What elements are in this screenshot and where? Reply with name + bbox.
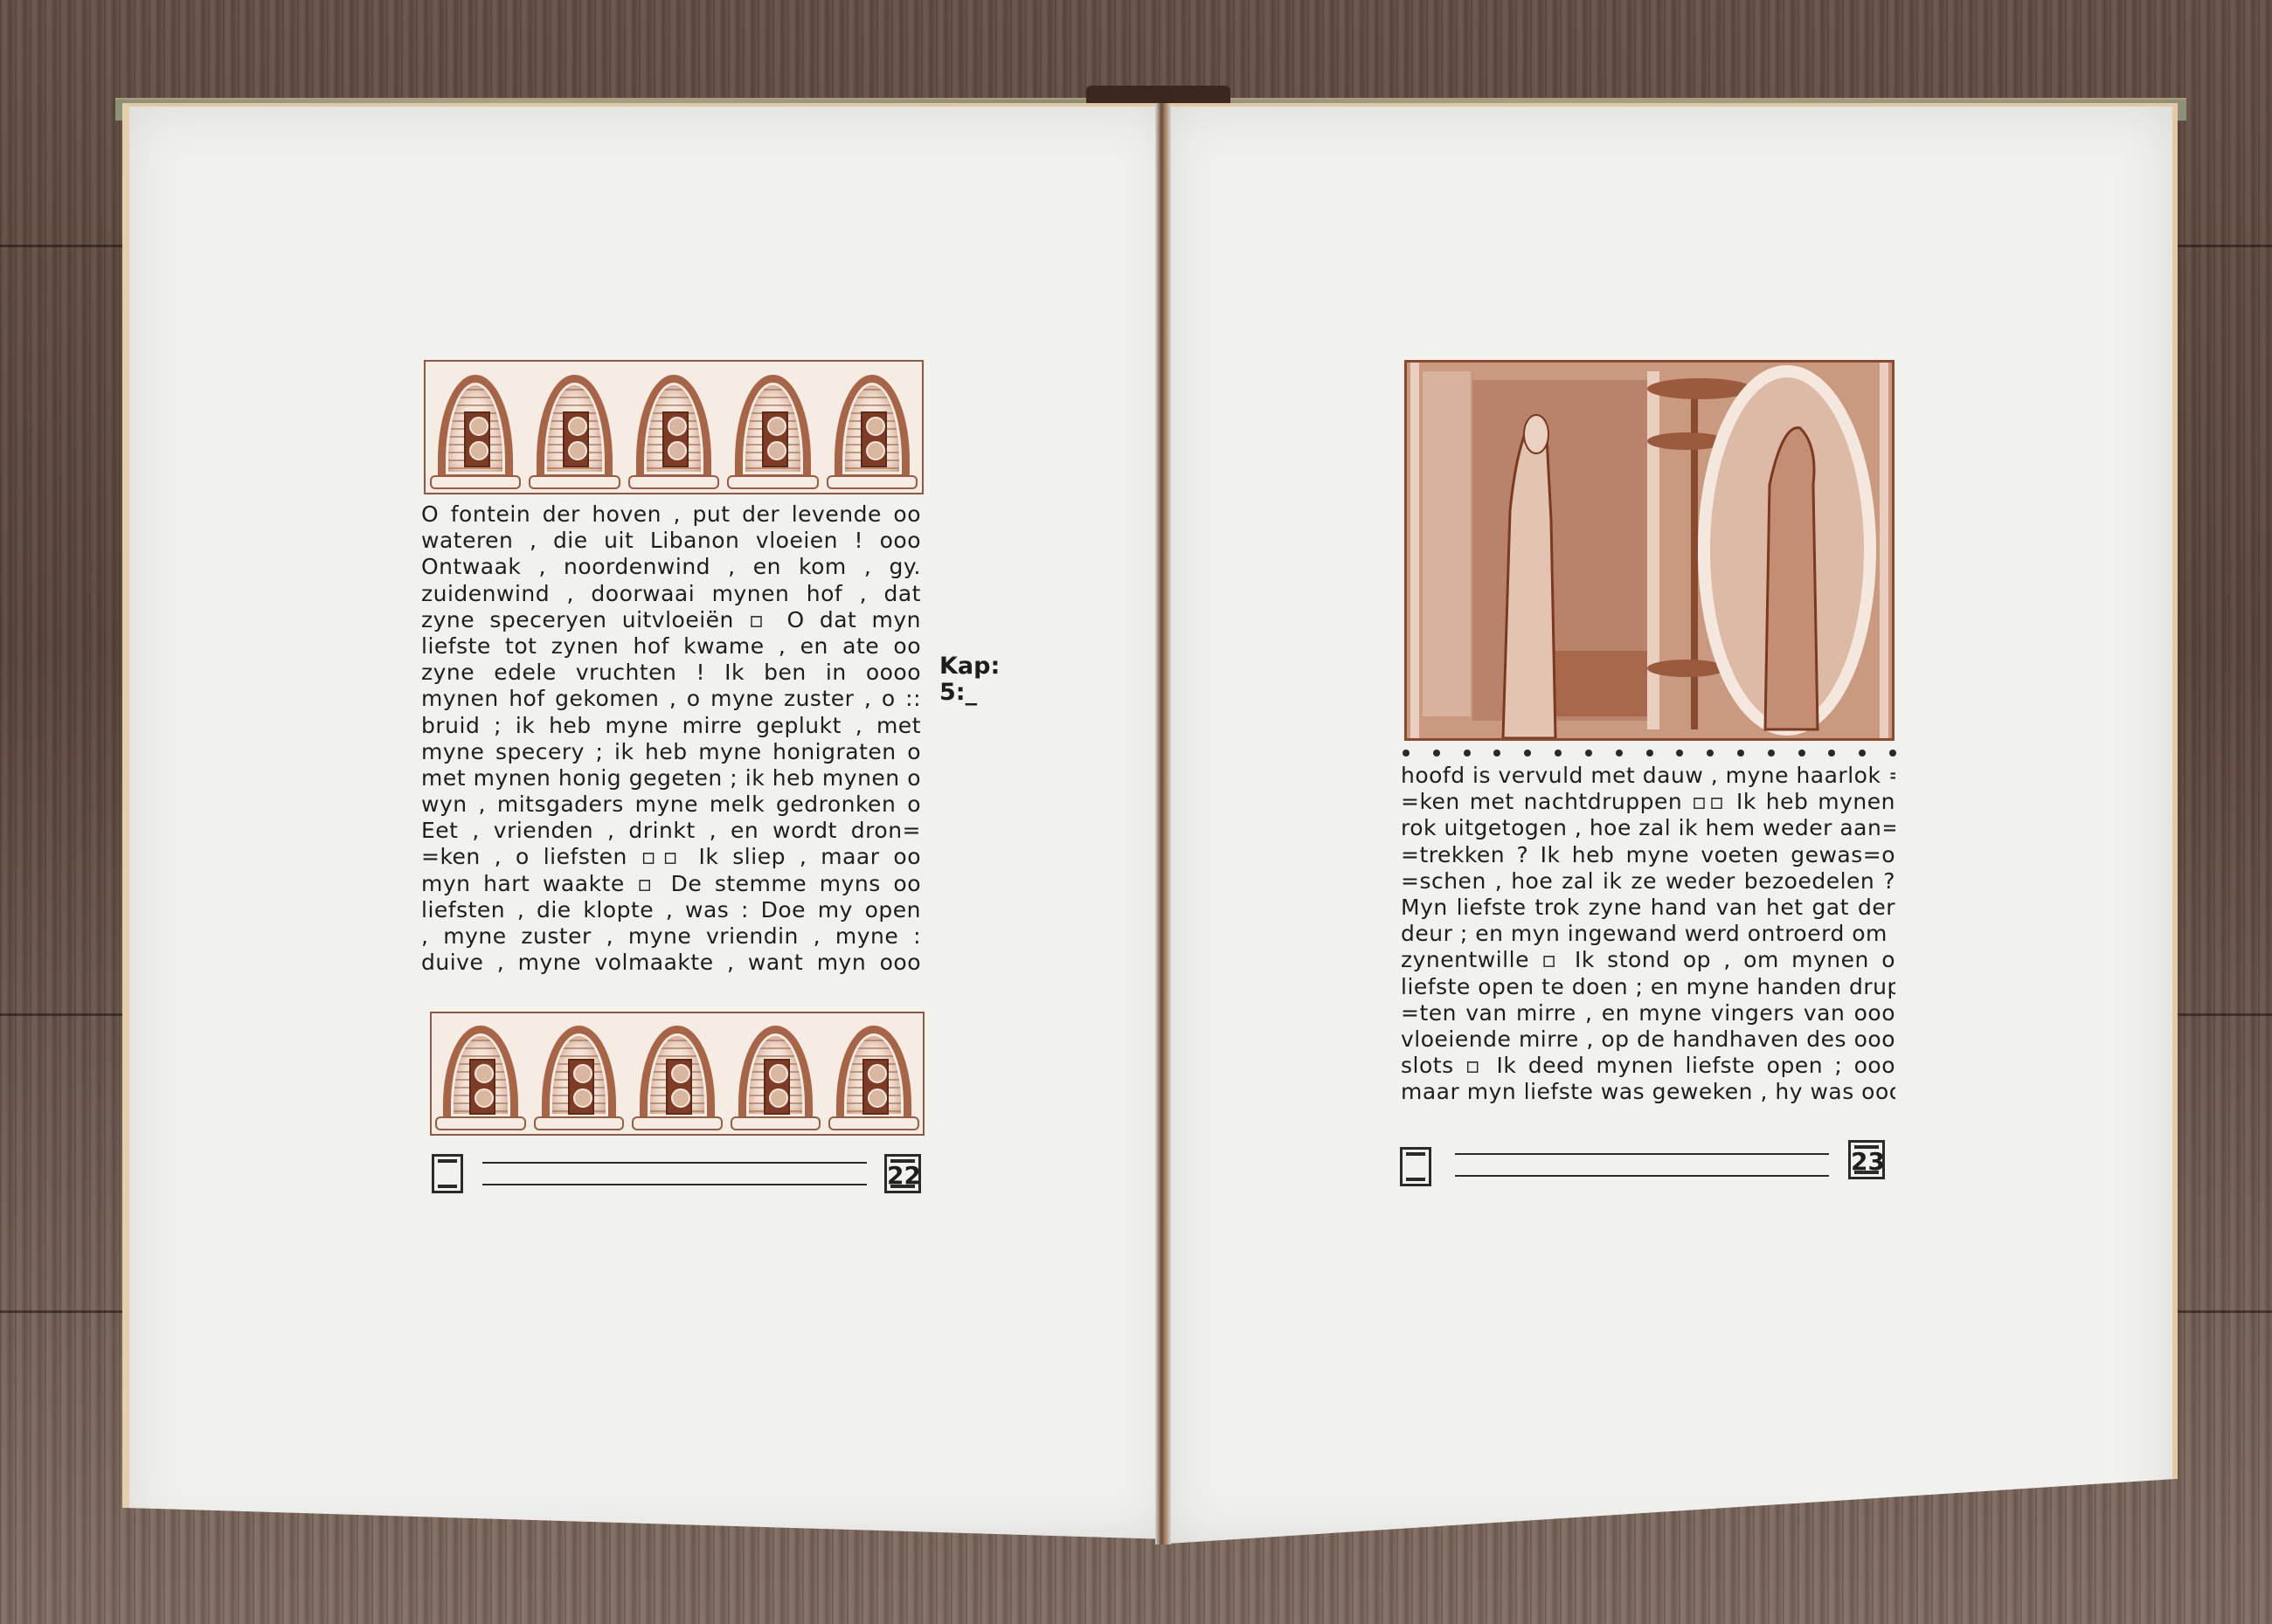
text-line: O fontein der hoven , put der levende oo: [421, 501, 921, 528]
text-line: rok uitgetogen , hoe zal ik hem weder aa…: [1401, 815, 1895, 841]
arch-ornament: [530, 1013, 627, 1134]
arch-ornament: [822, 362, 922, 493]
text-line: met mynen honig gegeten ; ik heb mynen o: [421, 765, 921, 791]
page-number: 23: [1851, 1150, 1882, 1174]
text-line: wyn , mitsgaders myne melk gedronken o: [421, 791, 921, 818]
text-line: Ontwaak , noordenwind , en kom , gy.: [421, 554, 921, 580]
arch-ornament: [432, 1013, 530, 1134]
footer-ornament-box: [432, 1154, 463, 1193]
arch-ornament: [726, 1013, 824, 1134]
text-line: Myn liefste trok zyne hand van het gat d…: [1401, 895, 1895, 921]
arch-ornament: [825, 1013, 923, 1134]
arch-ornament: [426, 362, 525, 493]
footer-rule: [1455, 1153, 1829, 1155]
footer-rule: [1455, 1175, 1829, 1177]
page-number-box: 23: [1848, 1140, 1885, 1179]
text-line: myn hart waakte ▫ De stemme myns oo: [421, 871, 921, 897]
text-line: myne specery ; ik heb myne honigraten o: [421, 739, 921, 765]
arch-ornament: [525, 362, 625, 493]
text-line: wateren , die uit Libanon vloeien ! ooo: [421, 528, 921, 554]
text-line: hoofd is vervuld met dauw , myne haarlok…: [1401, 763, 1895, 789]
text-line: =ten van mirre , en myne vingers van ooo: [1401, 1000, 1895, 1026]
left-page-text: O fontein der hoven , put der levende oo…: [421, 501, 921, 976]
sepia-illustration: [1404, 360, 1894, 741]
footer-rule: [482, 1162, 867, 1164]
text-line: duive , myne volmaakte , want myn ooo: [421, 950, 921, 976]
text-line: slots ▫ Ik deed mynen liefste open ; ooo: [1401, 1053, 1895, 1079]
text-line: vloeiende mirre , op de handhaven des oo…: [1401, 1026, 1895, 1053]
text-line: =trekken ? Ik heb myne voeten gewas=o: [1401, 842, 1895, 868]
text-line: zynentwille ▫ Ik stond op , om mynen o: [1401, 947, 1895, 973]
ornament-top-frieze: [424, 360, 924, 494]
text-line: =ken , o liefsten ▫▫ Ik sliep , maar oo: [421, 844, 921, 870]
chapter-number: 5:_: [939, 680, 1000, 706]
arch-ornament: [724, 362, 823, 493]
illustration-figures-icon: [1407, 363, 1892, 738]
text-line: maar myn liefste was geweken , hy was oo…: [1401, 1079, 1895, 1105]
page-number: 22: [887, 1164, 918, 1188]
right-page-text: hoofd is vervuld met dauw , myne haarlok…: [1401, 763, 1895, 1105]
arch-ornament: [628, 1013, 726, 1134]
text-line: deur ; en myn ingewand werd ontroerd om …: [1401, 921, 1895, 947]
text-line: =schen , hoe zal ik ze weder bezoedelen …: [1401, 868, 1895, 895]
text-line: liefste open te doen ; en myne handen dr…: [1401, 974, 1895, 1000]
text-line: =ken met nachtdruppen ▫▫ Ik heb mynen: [1401, 789, 1895, 815]
arch-ornament: [624, 362, 724, 493]
text-line: bruid ; ik heb myne mirre geplukt , met: [421, 713, 921, 739]
chapter-label: Kap:: [939, 653, 1000, 680]
text-line: zyne speceryen uitvloeiën ▫ O dat myn: [421, 607, 921, 633]
text-line: mynen hof gekomen , o myne zuster , o ::: [421, 686, 921, 712]
footer-ornament-box: [1400, 1147, 1431, 1186]
text-line: Eet , vrienden , drinkt , en wordt dron=: [421, 818, 921, 844]
text-line: liefsten , die klopte , was : Doe my ope…: [421, 897, 921, 923]
text-line: liefste tot zynen hof kwame , en ate oo: [421, 633, 921, 660]
text-line: zuidenwind , doorwaai mynen hof , dat: [421, 581, 921, 607]
text-line: zyne edele vruchten ! Ik ben in oooo: [421, 660, 921, 686]
text-line: , myne zuster , myne vriendin , myne :: [421, 923, 921, 950]
page-number-box: 22: [884, 1154, 921, 1193]
ornament-bottom-frieze: [430, 1012, 925, 1136]
chapter-marginal-note: Kap: 5:_: [939, 653, 1000, 706]
dot-divider-row: [1403, 750, 1896, 757]
footer-rule: [482, 1184, 867, 1185]
book-gutter: [1155, 103, 1171, 1545]
